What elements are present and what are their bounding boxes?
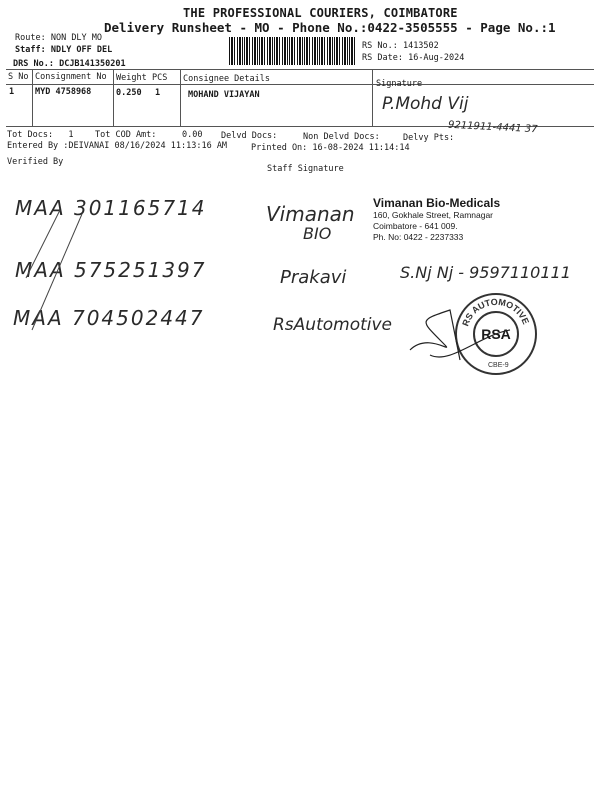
scribbled-signature [400,300,520,370]
cell-pcs: 1 [155,88,160,98]
barcode [229,37,357,65]
verified-by-label: Verified By [7,157,63,167]
printed-on: Printed On: 16-08-2024 11:14:14 [251,143,410,153]
stamp-address-2: Coimbatore - 641 009. [373,221,500,232]
stamp-phone: Ph. No: 0422 - 2237333 [373,232,500,243]
stamp-company-name: Vimanan Bio-Medicals [373,196,500,210]
delvy-pts: Delvy Pts: [403,133,454,143]
rs-date-field: RS Date: 16-Aug-2024 [362,53,464,63]
cell-consignment-no: MYD 4758968 [35,87,91,97]
col-header-weight: Weight [116,73,147,83]
tot-docs: Tot Docs: 1 [7,130,74,140]
runsheet-title: Delivery Runsheet - MO - Phone No.:0422-… [104,20,556,35]
signature-note-handwritten: 9211911-4441 37 [448,120,538,136]
table-header-rule [6,84,594,85]
rs-no-label: RS No.: [362,41,398,51]
cell-sno: 1 [9,87,14,97]
col-header-sno: S No [8,72,28,82]
col-header-signature: Signature [376,79,422,89]
staff-label: Staff: [15,45,46,55]
tot-cod-amt: Tot COD Amt: 0.00 [95,130,203,140]
staff-signature-label: Staff Signature [267,164,344,174]
drs-field: DRS No.: DCJB141350201 [13,59,126,69]
col-header-consignee: Consignee Details [183,74,270,84]
handwritten-name-vimanan: Vimanan [266,202,355,226]
col-header-consignment: Consignment No [35,72,107,82]
route-value: NON DLY MO [51,33,102,43]
route-label: Route: [15,33,46,43]
rs-no-value: 1413502 [403,41,439,51]
delvd-docs: Delvd Docs: [221,131,277,141]
handwritten-rs-automotive: RsAutomotive [273,315,392,335]
non-delvd-docs: Non Delvd Docs: [303,132,380,142]
entered-by: Entered By :DEIVANAI 08/16/2024 11:13:16… [7,141,227,151]
company-title: THE PROFESSIONAL COURIERS, COIMBATORE [183,6,458,20]
strike-lines [0,180,100,340]
route-field: Route: NON DLY MO [15,33,102,43]
table-top-rule [6,69,594,70]
company-stamp: Vimanan Bio-Medicals 160, Gokhale Street… [373,196,500,243]
stamp-address-1: 160, Gokhale Street, Ramnagar [373,210,500,221]
signature-handwritten: P.Mohd Vij [382,94,468,114]
handwritten-name-bio: BIO [303,224,331,243]
cell-consignee: MOHAND VIJAYAN [188,90,260,100]
col-header-pcs: PCS [152,73,167,83]
handwritten-name-prakavi: Prakavi [280,267,346,288]
drs-label: DRS No.: [13,59,54,69]
drs-value: DCJB141350201 [59,59,126,69]
staff-value: NDLY OFF DEL [51,45,112,55]
rs-date-value: 16-Aug-2024 [408,53,464,63]
cell-weight: 0.250 [116,88,142,98]
rs-no-field: RS No.: 1413502 [362,41,439,51]
staff-field: Staff: NDLY OFF DEL [15,45,112,55]
handwritten-phone: S.Nj Nj - 9597110111 [400,263,571,282]
rs-date-label: RS Date: [362,53,403,63]
